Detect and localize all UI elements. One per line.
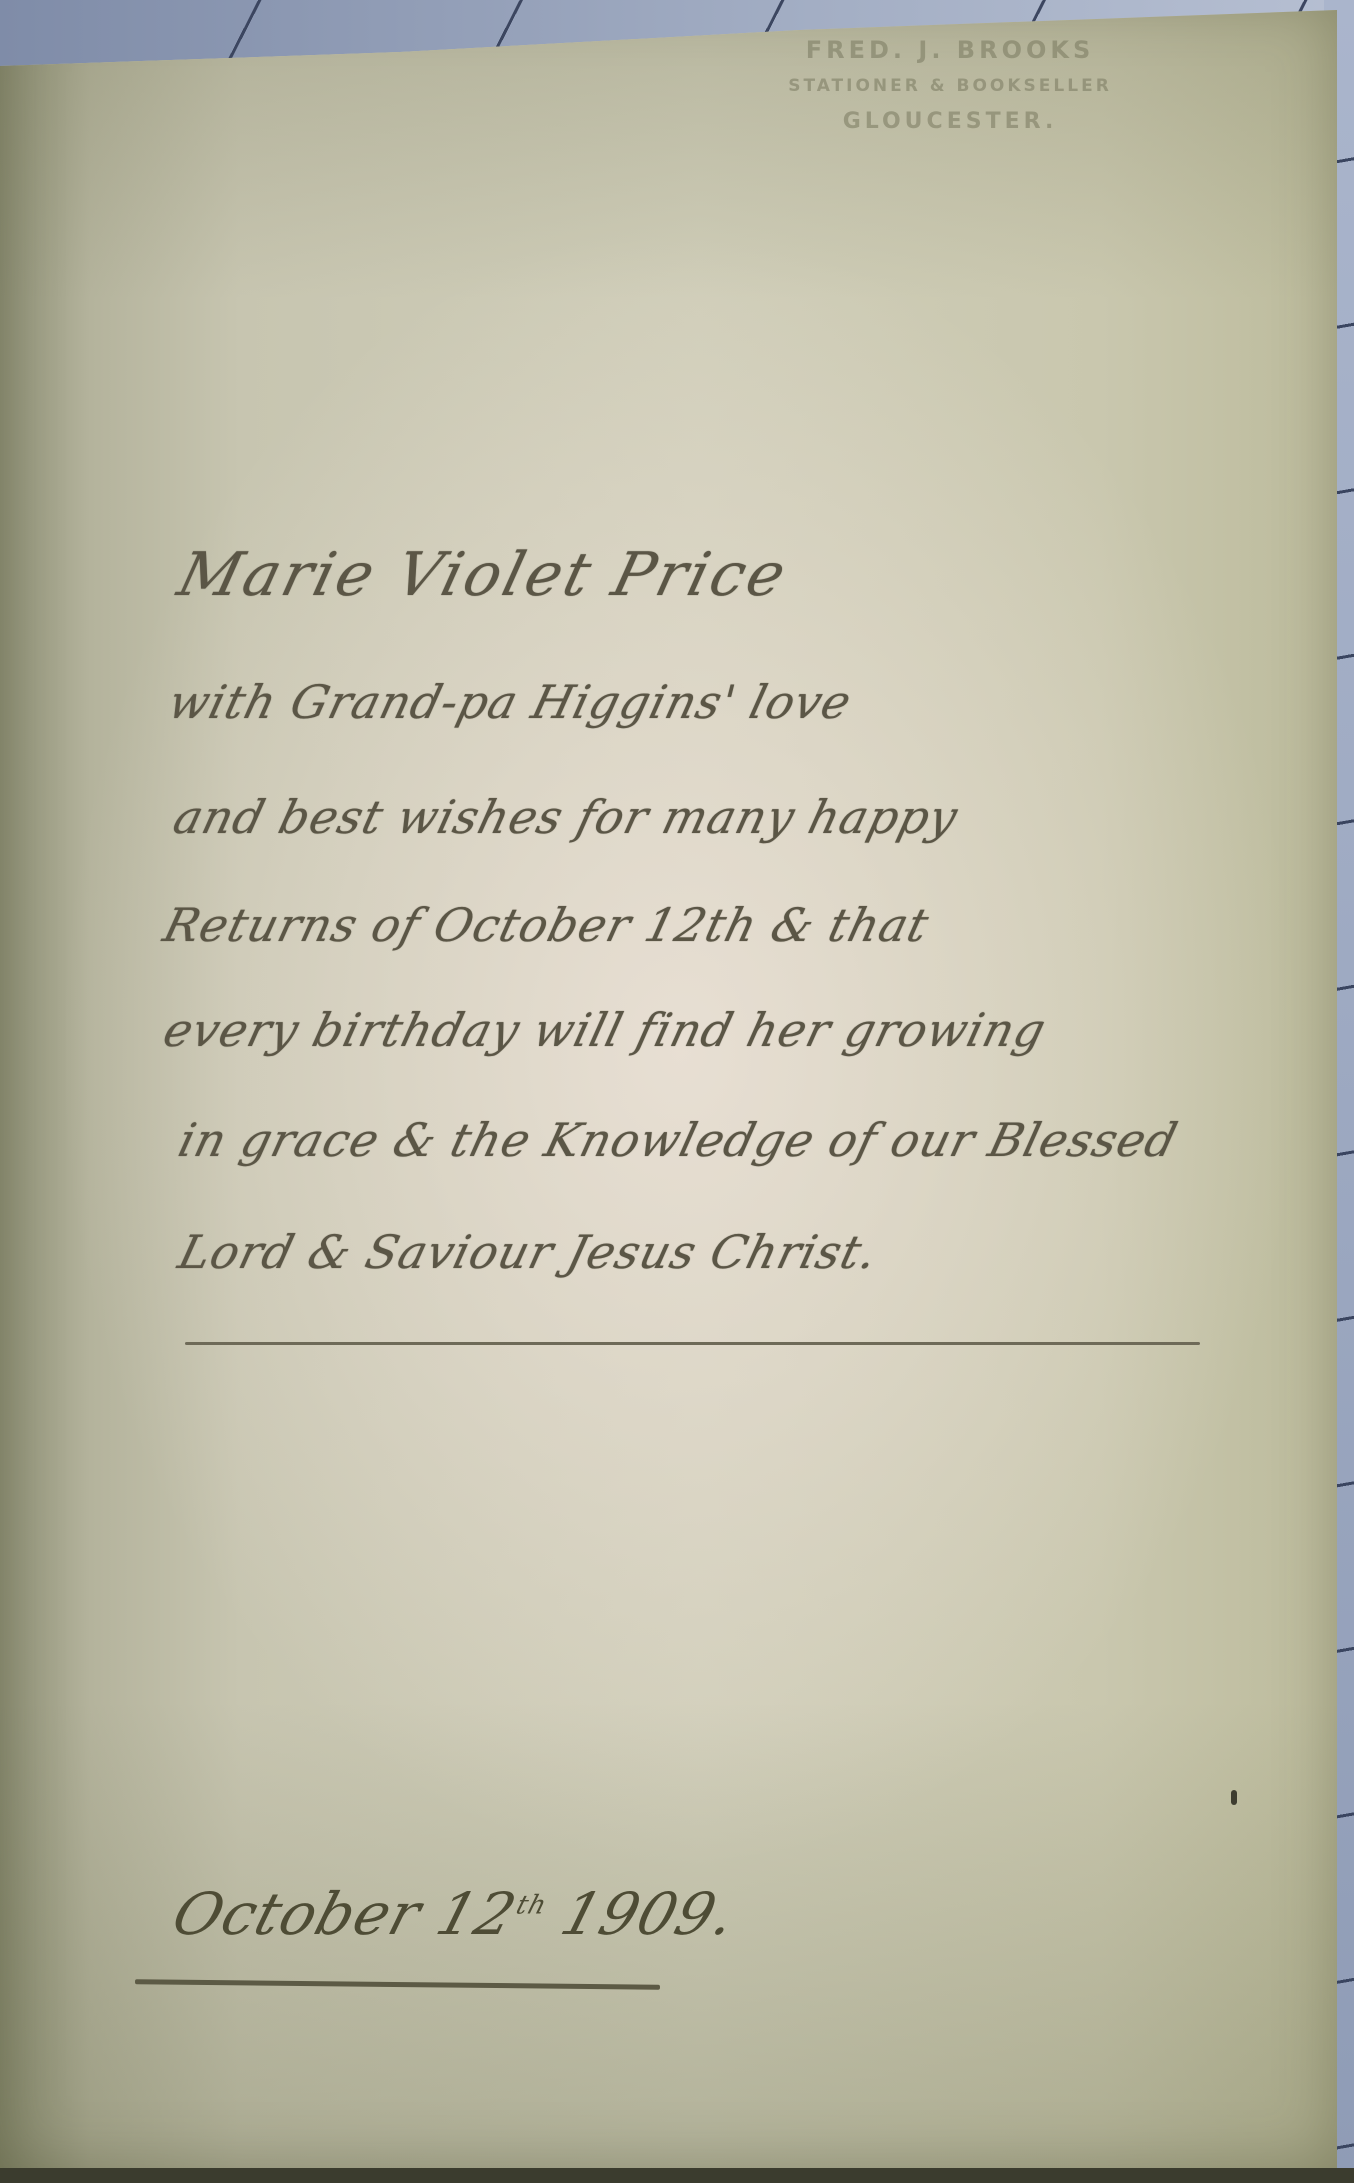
ink-mark xyxy=(1231,1790,1237,1805)
date-year: 1909. xyxy=(554,1880,745,1948)
inscription-line: Returns of October 12th & that xyxy=(158,898,934,952)
inscription-line: in grace & the Knowledge of our Blessed xyxy=(173,1113,1183,1167)
inscription-date: October 12th 1909. xyxy=(165,1880,744,1948)
inscription-closing-line: Lord & Saviour Jesus Christ. xyxy=(173,1225,883,1279)
stamp-line-name: FRED. J. BROOKS xyxy=(720,32,1180,68)
date-month-day: October 12 xyxy=(165,1880,524,1948)
book-flyleaf-page xyxy=(0,0,1337,2168)
stamp-line-trade: STATIONER & BOOKSELLER xyxy=(720,68,1180,104)
inscription-line: with Grand-pa Higgins' love xyxy=(163,675,857,729)
inscription-line: and best wishes for many happy xyxy=(168,790,963,844)
stamp-line-town: GLOUCESTER. xyxy=(720,104,1180,140)
bookseller-stamp: FRED. J. BROOKS STATIONER & BOOKSELLER G… xyxy=(720,32,1180,140)
page-bottom-edge xyxy=(0,2168,1354,2183)
inscription-line: every birthday will find her growing xyxy=(158,1003,1052,1057)
inscription-recipient: Marie Violet Price xyxy=(171,540,795,610)
inscription-rule xyxy=(185,1342,1200,1345)
